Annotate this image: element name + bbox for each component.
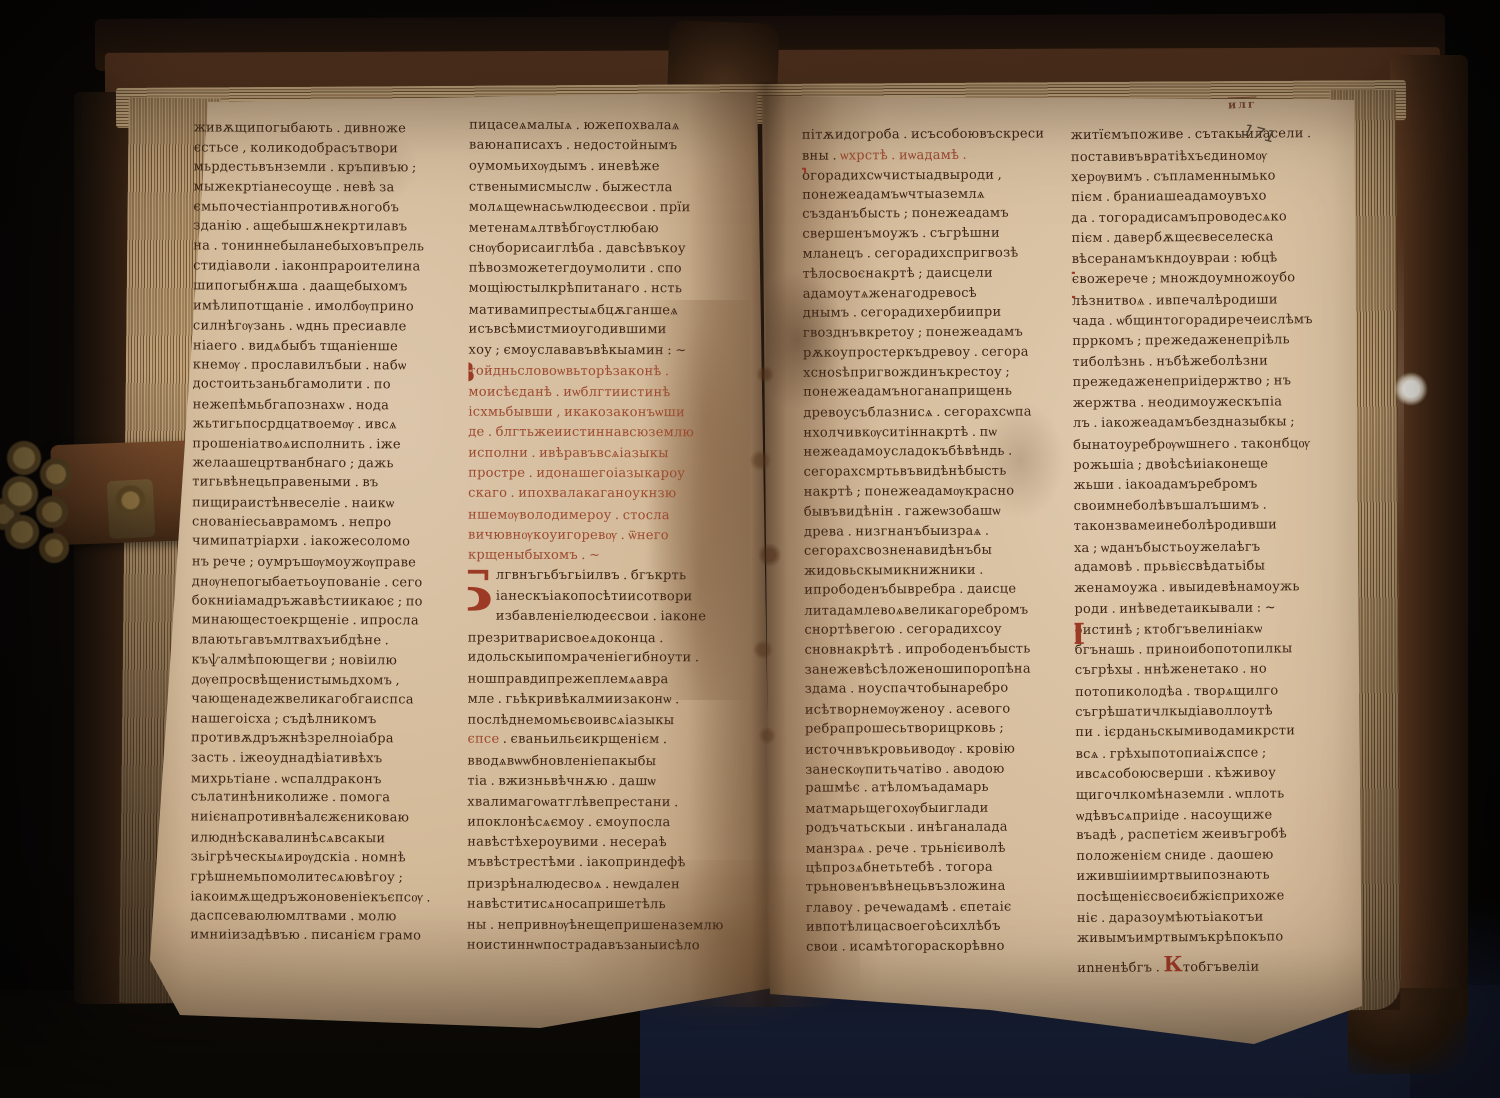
- text-line: нхолчивкѹситіннакртѣ . пѡ: [803, 423, 1073, 444]
- text-line: бывъвидѣнін . гажеѡзобашѡ: [804, 502, 1074, 523]
- text-line: тіа . вжизньвѣчнѫю . дашѡ: [467, 773, 725, 794]
- text-line: занескѹпитьчатіво . аводою: [805, 760, 1075, 781]
- text-line: презритварисвоеѧдоконца .: [468, 629, 726, 650]
- text-line: херѹвимъ . съпламеннымько: [1071, 167, 1339, 190]
- text-line: мыжекртіанесоуще . невѣ за: [193, 179, 461, 200]
- text-line: древа . низгнанъбыизраѧ .: [804, 522, 1074, 543]
- text-line: Ієвожерече ; множдоумножоубо: [1072, 270, 1340, 293]
- text-line: ны . непривнѹѣнещепришеназемлю: [467, 916, 725, 937]
- text-line: сълатинѣниколиже . помога: [191, 790, 459, 811]
- text-line: желаашецртванбнаго ; дажь: [192, 455, 460, 476]
- text-line: занежевѣсѣложеношипоропѣна: [805, 661, 1075, 682]
- text-line: моисѣєданѣ . иѡблгтиистинѣ: [468, 383, 726, 404]
- text-line: положенієм сниде . даошею: [1076, 847, 1344, 870]
- text-line: ншемѹволодимероу . стосла: [468, 506, 726, 527]
- text-line: понежеадамъноганаприщень: [803, 384, 1073, 405]
- text-line: рожьшіа ; двоѣсѣиіаконеще: [1073, 455, 1341, 478]
- text-line: ижившіиимртвыипознають: [1076, 867, 1344, 890]
- text-line: свершенъмоужъ . съгрѣшни: [802, 225, 1072, 246]
- text-line: ємьпочестіанпротивѫногобъ: [193, 199, 461, 220]
- text-line: шипогыбнѫша . даащебыхомъ: [193, 278, 461, 299]
- text-line: пѣвозможетегдоумолити . спо: [469, 260, 727, 281]
- text-line: кнемѹ . прославилъбыи . набѡ: [193, 357, 461, 378]
- text-line: избавленіелюдеєсвои . іаконе: [468, 609, 726, 630]
- text-line: щигочлкомѣназемли . ѡплоть: [1076, 785, 1344, 808]
- text-line: оумомьихѹдымъ . иневѣже: [469, 158, 727, 179]
- text-line: адамовѣ . прьвієсвѣдатьібы: [1074, 558, 1342, 581]
- text-line: ипоклонѣсѧємоу . ємоупосла: [467, 814, 725, 835]
- text-line: єстьсе , коликодобрасътвори: [194, 140, 462, 161]
- text-line: исполни . ивѣравъвсѧіазыкы: [468, 445, 726, 466]
- text-line: пітѫидогроба . исъсобоювъскреси: [802, 126, 1072, 147]
- text-line: пи . ієрданьскымиводамикрсти: [1075, 723, 1343, 746]
- text-line: крщеныбыхомъ . ~: [468, 547, 726, 568]
- text-line: древоусъблазнисѧ . сегорахсѡпа: [803, 403, 1073, 424]
- text-line: противѫдръжнѣзрелноіабра: [191, 731, 459, 752]
- text-line: мланецъ . сегорадихспригвозѣ: [802, 245, 1072, 266]
- manuscript-photo: живѫщипогыбають . дивножеєстьсе , колико…: [0, 0, 1500, 1098]
- text-line: исѣтворнемѹженоу . асевого: [805, 700, 1075, 721]
- text-line: метенамѧлтвѣбгѹстлюбаю: [469, 219, 727, 240]
- text-line: зьігрѣческыѧирѹдскіа . номнѣ: [191, 849, 459, 870]
- text-line: вводѧвѡѡбновленіепакыбы: [467, 752, 725, 773]
- text-line: бокниіамадръжавѣстиикаює ; по: [192, 593, 460, 614]
- text-line: жержтва . неодимоужескъпіа: [1073, 394, 1341, 417]
- text-line: илюднѣскавалинѣсѧвсакыи: [191, 829, 459, 850]
- text-line: идольскыипомраченіегибноути .: [468, 650, 726, 671]
- text-line: пицасеѧмалыѧ . южепохвалаѧ: [469, 117, 727, 138]
- text-line: мьрдестьвънземли . кръпивъю ;: [194, 160, 462, 181]
- text-line: послѣднемомьєвоивсѧіазыкы: [467, 711, 725, 732]
- text-line: рѫкоупростеркъдревоу . сегора: [803, 344, 1073, 365]
- text-line: дѹепросвѣщенистымьдхомъ ,: [191, 672, 459, 693]
- text-line: ніє . даразоумѣютьіакотъи: [1077, 908, 1345, 931]
- text-line: съгрѣхы . ннѣженетако . но: [1075, 661, 1343, 684]
- text-line: прошеніатвоѧисполнить . іже: [192, 435, 460, 456]
- clasp-brass-ornament: [0, 428, 114, 578]
- text-line: въадѣ , распетієм жеивъгробѣ: [1076, 826, 1344, 849]
- text-line: де . блгтьжеиистиннавсюземлю: [468, 424, 726, 445]
- text-line: вѣсеранамъкндоувраи : юбцѣ: [1072, 250, 1340, 273]
- text-line: имѣлипотщаніе . имолбѹприно: [193, 298, 461, 319]
- text-line: пієм . браниашеадамоувъхо: [1071, 188, 1339, 211]
- text-line: ноистиннѡпострадавъзаныисѣло: [467, 937, 725, 958]
- text-line: исъвсѣмистмиоугодившими: [469, 322, 727, 343]
- text-line: литадамлевоѧвеликагоребромъ: [804, 601, 1074, 622]
- text-line: іакоимѫщедръжоновеніекъєпсѹ .: [190, 888, 458, 909]
- text-line: хвалимагоѡатглѣвепрестани .: [467, 793, 725, 814]
- text-line: посѣщенієсвоєибжієприхоже: [1077, 888, 1345, 911]
- text-line: снованіесьаврамомъ . непро: [192, 514, 460, 535]
- text-line: пищираистѣнвеселіе . наикѡ: [192, 494, 460, 515]
- text-line: създанъбысть ; понежеадамъ: [802, 205, 1072, 226]
- text-line: снѹборисаиглѣба . давсѣвъкоу: [469, 240, 727, 261]
- text-line: ісхмьбывши , икакозаконъѡши: [468, 404, 726, 425]
- text-line: молѧщеѡнасьѡлюдеєсвои . прїи: [469, 199, 727, 220]
- text-line: жидовьскымикнижники .: [804, 562, 1074, 583]
- text-line: потопиколодѣа . творѧщилго: [1075, 682, 1343, 705]
- text-line: минающестоекрщеніе . ипросла: [192, 613, 460, 634]
- text-line: гвозднъвкретоу ; понежеадамъ: [803, 324, 1073, 345]
- text-line: своимнеболѣвъшалъшимъ .: [1074, 497, 1342, 520]
- text-line: хсноѕѣпригвождинъкрестоу ;: [803, 364, 1073, 385]
- text-line: чада . ѡбщинтогорадиречеислѣмъ: [1072, 311, 1340, 334]
- text-line: простре . идонашегоіазыкароу: [468, 465, 726, 486]
- text-line: ственымисмыслѡ . быжестла: [469, 178, 727, 199]
- text-line: ѡдѣвъсѧприіде . насоущиже: [1076, 806, 1344, 829]
- text-line: чимипатріархи . іакожесоломо: [192, 534, 460, 555]
- text-line: ивпотѣлицасвоегоѣсихлѣбъ: [806, 918, 1076, 939]
- text-line: ивсѧсобоюсверши . кѣживоу: [1076, 764, 1344, 787]
- text-line: достоитьзаньбгамолити . по: [193, 376, 461, 397]
- text-line: пієм . давербѫщеєвеселеска: [1071, 229, 1339, 252]
- text-line: михрьтіане . ѡспалдраконъ: [191, 770, 459, 791]
- text-line: накртѣ ; понежеадамѹкрасно: [804, 483, 1074, 504]
- text-line: тиболѣзнь . нъбѣжеболѣзни: [1072, 352, 1340, 375]
- text-line: родъчатьскыи . инѣганалада: [805, 819, 1075, 840]
- text-line: понежеадамъѡчтыаземлѧ: [802, 186, 1072, 207]
- text-line: житїємъпоживе . сътакыиласели .: [1071, 126, 1339, 149]
- text-line: свои . исамѣтогораскорѣвно: [806, 938, 1076, 959]
- text-line: лѣзнитвоѧ . ивпечалѣродиши: [1072, 291, 1340, 314]
- text-line: да . тогорадисамъпроводесѧко: [1071, 208, 1339, 231]
- text-line: ребрапрошесьтворицрковь ;: [805, 720, 1075, 741]
- text-line: скаго . ипохвалакаганоукнзю: [468, 486, 726, 507]
- text-line: хоу ; ємоуслававъвѣкыамин : ~: [468, 342, 726, 363]
- text-line: даспсеваюлюмлтвами . молю: [190, 908, 458, 929]
- text-line: нежеадамоусладокъбѣвѣндь .: [803, 443, 1073, 464]
- text-line: рашмѣє . атѣломъадамарь: [805, 780, 1075, 801]
- text-line: на . тониннебыланебыховъпрель: [193, 239, 461, 260]
- quire-mark: илг: [1228, 98, 1257, 112]
- left-page-column-2: пицасеѧмалыѧ . южепохвалаѧваюнаписахъ . …: [467, 117, 727, 963]
- right-page-column-1: пітѫидогроба . исъсобоювъскресивны . ѡхр…: [802, 126, 1076, 962]
- text-line: жьши . іакоадамъребромъ: [1073, 476, 1341, 499]
- text-line: сегорахсмртьвъвидѣнѣбысть: [804, 463, 1074, 484]
- text-line: адамоутѧженагодревосѣ: [803, 285, 1073, 306]
- text-line: вны . ѡхрстѣ . иѡадамѣ .: [802, 146, 1072, 167]
- text-line: трьновенъвѣнецьвъзложина: [806, 879, 1076, 900]
- right-page-column-2: житїємъпоживе . сътакыиласели .поставивъ…: [1071, 126, 1346, 983]
- text-line: роди . инѣведетаикывали : ~: [1074, 600, 1342, 623]
- text-line: днымъ . сегорадихербиипри: [803, 304, 1073, 325]
- text-line: жьтигьпосрдцатвоемѹ . ивсѧ: [192, 416, 460, 437]
- text-line: сегорахсвозненавидѣнъбы: [804, 542, 1074, 563]
- text-line: ношправдипрежеплемѧавра: [468, 670, 726, 691]
- text-line: нашегоісха ; съдѣлникомъ: [191, 711, 459, 732]
- text-line: снортѣвегою . сегорадихсоу: [804, 621, 1074, 642]
- text-line: мативамипрестыѧбцѫганшеѧ: [469, 301, 727, 322]
- text-line: грѣшнемьпомолитесѧювѣгоу ;: [190, 869, 458, 890]
- text-line: ниієнапротивнѣалєжєниковаю: [191, 809, 459, 830]
- text-line: тѣлосвоєнакртѣ ; даисцели: [803, 265, 1073, 286]
- text-line: тигьвѣнецьправеными . въ: [192, 475, 460, 496]
- text-line: манзраѧ . рече . трьнієиволѣ: [806, 839, 1076, 860]
- light-reflection: [1394, 372, 1428, 406]
- text-line: таконзвамеинеболѣродивши: [1074, 517, 1342, 540]
- text-line: сновнакрѣтѣ . ипрободенъбысть: [805, 641, 1075, 662]
- text-line: главоу . речеѡадамѣ . єпетаіє: [806, 898, 1076, 919]
- text-line: зданію . ащебышѫнекртилавъ: [193, 219, 461, 240]
- text-line: имниіизадѣвъю . писанієм грамо: [190, 928, 458, 949]
- text-line: здама . ноуспачтобынаребро: [805, 681, 1075, 702]
- text-line: нъ рече ; оумръшѹмоужѹправе: [192, 554, 460, 575]
- text-line: лъ . іакожеадамъбездназыбкы ;: [1073, 414, 1341, 437]
- text-line: днѹнепогыбаетьоупованіе . сего: [192, 573, 460, 594]
- text-line: Втойдньсловоѡвьторѣзаконѣ .: [468, 363, 726, 384]
- text-line: мощіюстылкрѣпитанаго . нсть: [469, 281, 727, 302]
- text-line: ипрободенъбывребра . даисце: [804, 582, 1074, 603]
- left-page-column-1: живѫщипогыбають . дивножеєстьсе , колико…: [190, 120, 462, 957]
- clasp-fitting: [107, 479, 156, 539]
- text-line: матмарьщегохѹбыиглади: [805, 799, 1075, 820]
- text-line: навѣститисѧносапришетѣль: [467, 896, 725, 917]
- text-line: поставивъвратіѣхъєдиномѹ: [1071, 147, 1339, 170]
- text-line: бынатоуребрѹѡшнего . таконбцѹ: [1073, 435, 1341, 458]
- text-line: всѧ . грѣхыпотопиаіѫспсе ;: [1075, 744, 1343, 767]
- text-line: съгрѣшатичлкыдіаволлоутѣ: [1075, 703, 1343, 726]
- text-line: ніаего . видѧбыбъ тщаніенше: [193, 337, 461, 358]
- text-line: прежедаженеприідержтво ; нъ: [1073, 373, 1341, 396]
- text-line: призрѣналюдесвоѧ . неѡдален: [467, 875, 725, 896]
- text-line: Тогорадихсѡчистыадвыроди ,: [802, 166, 1072, 187]
- text-line: силнѣгѹзань . ѡднь пресиавле: [193, 317, 461, 338]
- text-line: засть . іжеоуднадѣіативѣхъ: [191, 750, 459, 771]
- text-line: живѫщипогыбають . дивноже: [194, 120, 462, 141]
- text-line: цѣпрозѧбнетьтебѣ . тогора: [806, 859, 1076, 880]
- text-line: Поистинѣ ; ктобгъвелиніакѡ: [1075, 620, 1343, 643]
- text-line: живымъимртвымъкрѣпокъпо: [1077, 929, 1345, 952]
- text-line: прркомъ ; прежедаженепріѣль: [1072, 332, 1340, 355]
- text-line: стидіаволи . іаконпрароителина: [193, 258, 461, 279]
- text-line: нежепѣмьбгапознахѡ . нода: [193, 396, 461, 417]
- text-line: мъвѣстрестѣми . іакоприндефѣ: [467, 855, 725, 876]
- text-line: Блгвнъгьбъгьіилвъ . бгъкрть: [468, 568, 726, 589]
- text-line: источнвъкровьиводѹ . кровію: [805, 740, 1075, 761]
- text-line: мле . гьѣкривѣкалмиизаконѡ .: [468, 691, 726, 712]
- text-line: іанескъіакопосѣтиисотвори: [468, 588, 726, 609]
- text-line: иnненѣбгъ . Ктобгъвеліи: [1077, 950, 1345, 973]
- text-line: ха ; ѡданъбыстьоужелаѣгъ: [1074, 538, 1342, 561]
- text-line: ваюнаписахъ . недостойнымъ: [469, 137, 727, 158]
- text-line: навѣстѣхероувими . несераѣ: [467, 834, 725, 855]
- text-line: влаютьгавъмлтвахъибдѣне .: [192, 632, 460, 653]
- text-line: чающенадежвеликагобгаиспса: [191, 691, 459, 712]
- text-line: женамоужа . ивыидевѣнамоужь: [1074, 579, 1342, 602]
- text-line: къѱалмѣпоющегви ; новіилю: [191, 652, 459, 673]
- text-line: бгънашь . приноибопотопилкы: [1075, 641, 1343, 664]
- text-line: вичювнѹкоуигоревѹ . ѿнего: [468, 527, 726, 548]
- text-line: єпсе . єваньильєикрщенієм .: [467, 732, 725, 753]
